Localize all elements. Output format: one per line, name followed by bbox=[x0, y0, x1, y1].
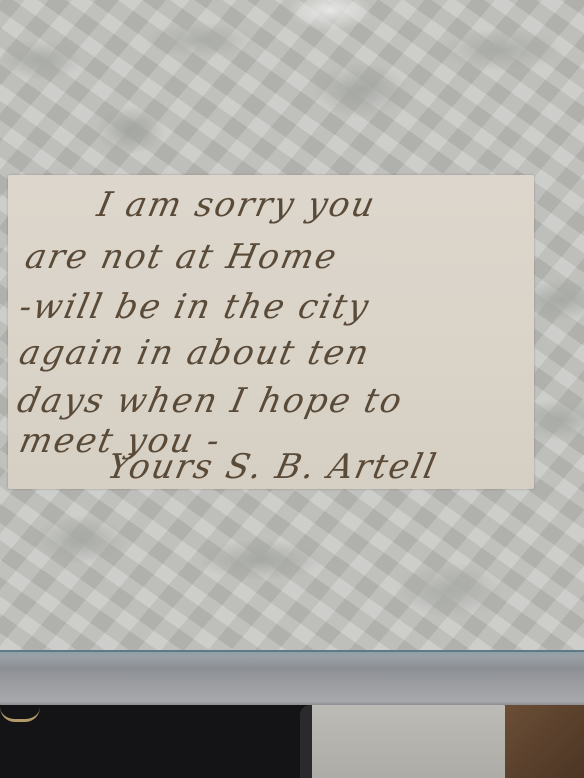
gray-cloth-object bbox=[300, 705, 517, 778]
wood-surface bbox=[505, 705, 584, 778]
card-line-1: I am sorry you bbox=[94, 185, 380, 225]
card-line-2: are not at Home bbox=[22, 237, 342, 277]
card-line-5: days when I hope to bbox=[14, 381, 407, 421]
card-line-3: -will be in the city bbox=[16, 287, 374, 327]
card-line-4: again in about ten bbox=[16, 333, 375, 373]
frame-bottom-rail bbox=[0, 650, 584, 707]
card-signature: Yours S. B. Artell bbox=[104, 447, 442, 487]
handwritten-card: I am sorry you are not at Home -will be … bbox=[8, 175, 534, 489]
